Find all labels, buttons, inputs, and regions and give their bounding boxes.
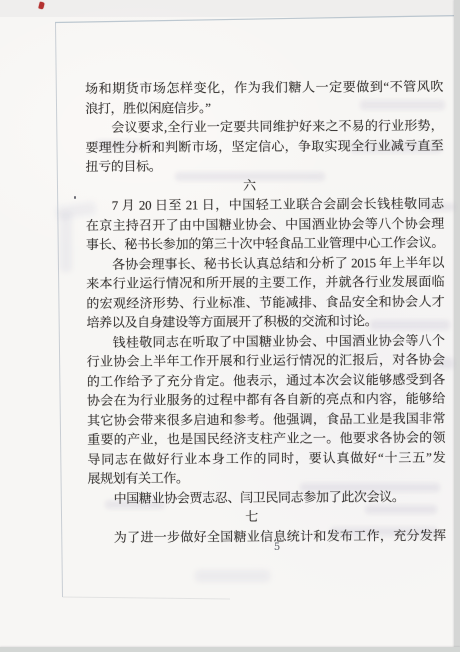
text-line: 的宏观经济形势、行业标准、节能减排、食品安全和协会人才: [86, 291, 444, 313]
text-line: 浪打，胜似闲庭信步。”: [85, 96, 443, 118]
text-line: 培养以及自身建设等方面展开了积极的交流和讨论。: [86, 311, 444, 333]
document-text-block: 场和期货市场怎样变化，作为我们糖人一定要做到“不管风吹 浪打，胜似闲庭信步。” …: [85, 77, 446, 547]
bleedthrough-mark: [195, 570, 270, 582]
text-line: 要理性分析和判断市场，坚定信心，争取实现全行业减亏直至: [85, 135, 443, 157]
text-line: 钱桂敬同志在听取了中国糖业协会、中国酒业协会等八个: [87, 330, 445, 352]
text-line: 展规划有关工作。: [87, 467, 445, 489]
text-line: 行业协会上半年工作开展和行业运行情况的汇报后，对各协会: [87, 350, 445, 372]
scanned-document-page: 场和期货市场怎样变化，作为我们糖人一定要做到“不管风吹 浪打，胜似闲庭信步。” …: [0, 0, 460, 652]
text-line: 重要的产业，也是国民经济支柱产业之一。他要求各协会的领: [87, 428, 445, 450]
text-line: 各协会理事长、秘书长认真总结和分析了 2015 年上半年以: [86, 252, 444, 274]
fold-shadow: [60, 212, 72, 272]
text-line: 其它协会带来很多启迪和参考。他强调，食品工业是我国非常: [87, 408, 445, 430]
text-line: 在京主持召开了由中国糖业协会、中国酒业协会等八个协会理: [86, 213, 444, 235]
section-heading-six: 六: [86, 174, 444, 196]
scanner-edge-bottom: [0, 647, 460, 652]
text-line: 扭亏的目标。: [85, 155, 443, 177]
page-number: 5: [85, 541, 456, 555]
text-line: 的工作给予了充分肯定。他表示，通过本次会议能够感受到各: [87, 369, 445, 391]
ink-speck: [74, 196, 76, 199]
text-line: 来本行业运行情况和所开展的主要工作，并就各行业发展面临: [86, 272, 444, 294]
section-heading-seven: 七: [88, 506, 446, 528]
text-line: 协会在为行业服务的过程中都有各自新的亮点和内容，能够给: [87, 389, 445, 411]
text-line: 会议要求,全行业一定要共同维护好来之不易的行业形势，: [85, 116, 443, 138]
text-line: 7 月 20 日至 21 日，中国轻工业联合会副会长钱桂敬同志: [86, 194, 444, 216]
text-line: 导同志在做好行业本身工作的同时，要认真做好“十三五”发: [87, 447, 445, 469]
text-line: 场和期货市场怎样变化，作为我们糖人一定要做到“不管风吹: [85, 77, 443, 99]
text-line: 中国糖业协会贾志忍、闫卫民同志参加了此次会议。: [88, 486, 446, 508]
text-line: 事长、秘书长参加的第三十次中轻食品工业管理中心工作会议。: [86, 233, 444, 255]
